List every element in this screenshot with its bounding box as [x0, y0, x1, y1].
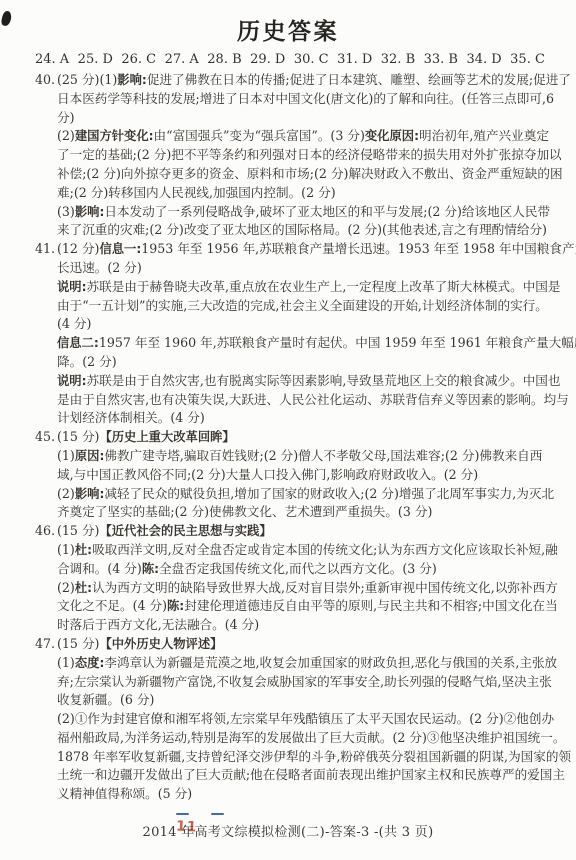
answer-text: 全盘否定我国传统文化,而代之以西方文化。(3 分) — [159, 561, 437, 576]
answer-text: (4 分) — [57, 316, 91, 331]
question-number: 46. — [35, 522, 55, 541]
answer-text: 弃;左宗棠认为新疆物产富饶,不收复会威胁国家的军事安全,助长列强的侵略气焰,坚决… — [57, 674, 552, 689]
answer-line: (2)影响:减轻了民众的赋役负担,增加了国家的财政收入;(2 分)增强了北周军事… — [35, 485, 550, 504]
answer-line: (2)①作为封建官僚和湘军将领,左宗棠早年残酷镇压了太平天国农民运动。(2 分)… — [35, 710, 550, 729]
answer-key-term: 【中外历史人物评述】 — [99, 637, 222, 651]
answer-line: (1)杜:吸取西洋文明,反对全盘否定或肯定本国的传统文化;认为东西方文化应该取长… — [35, 541, 550, 560]
choice-answer: 30. C — [294, 52, 329, 67]
answer-text: 封建伦理道德违反自由平等的原则,与民主共和不相容;中国文化在当 — [184, 598, 557, 613]
answer-text: 由于“一五计划”的实施,三大改造的完成,社会主义全面建设的开始,计划经济体制的实… — [57, 298, 548, 313]
answer-text: (2) — [57, 580, 75, 595]
answer-line: (1)态度:李鸿章认为新疆是荒漠之地,收复会加重国家的财政负担,恶化与俄国的关系… — [35, 654, 550, 673]
answer-text: 难;(2 分)转移国内人民视线,加强国内控制。(2 分) — [57, 185, 336, 200]
answer-line: (2)杜:认为西方文明的缺陷导致世界大战,反对盲目崇外;重新审视中国传统文化,以… — [35, 579, 550, 598]
answer-text: 苏联是由于自然灾害,也有脱离实际等因素影响,导致垦荒地区上交的粮食减少。中国也 — [87, 373, 561, 388]
answer-text: (3) — [57, 204, 75, 219]
answer-sheet-page: 历史答案 24. A25. D26. C27. A28. B29. D30. C… — [0, 0, 576, 860]
answer-text: 计划经济体制相关。(4 分) — [57, 410, 205, 425]
answer-key-term: 杜: — [75, 581, 92, 595]
answer-key-term: 【历史上重大改革回眸】 — [99, 430, 234, 444]
answer-text: 时落后于西方文化,无法融合。(4 分) — [57, 617, 259, 632]
answer-text: 吸取西洋文明,反对全盘否定或肯定本国的传统文化;认为东西方文化应该取长补短,融 — [92, 542, 558, 557]
answer-line: (1)原因:佛教广建寺塔,骗取百姓钱财;(2 分)僧人不孝敬父母,国法难容;(2… — [35, 447, 550, 466]
answer-text: (2) — [57, 486, 75, 501]
question-number: 47. — [35, 635, 55, 654]
answer-text: 齐奠定了坚实的基础;(2 分)使佛教文化、艺术遭到严重损失。(3 分) — [57, 504, 432, 519]
answer-text: 合调和。(4 分) — [57, 561, 142, 576]
answer-key-term: 说明: — [57, 374, 87, 388]
answer-line: 收复新疆。(6 分) — [35, 691, 550, 710]
answer-key-term: 建国方针变化: — [75, 129, 154, 143]
answer-text: 日本发动了一系列侵略战争,破坏了亚太地区的和平与发展;(2 分)给该地区人民带 — [104, 204, 550, 219]
answer-text: 苏联是由于赫鲁晓夫改革,重点放在农业生产上,一定程度上改革了斯大林模式。中国是 — [87, 279, 561, 294]
choice-answer: 24. A — [35, 52, 69, 67]
answer-key-term: 原因: — [75, 449, 105, 463]
answer-text: 补偿;(2 分)向外掠夺更多的资金、原料和市场;(2 分)解决财政入不敷出、资金… — [57, 166, 563, 181]
answer-text: (15 分) — [57, 429, 99, 444]
answer-line: 福州船政局,为洋务运动,特别是海军的发展做出了巨大贡献。(2 分)③他坚决维护祖… — [35, 729, 550, 748]
blue-pen-mark — [176, 813, 189, 815]
answer-text: (15 分) — [57, 636, 99, 651]
answer-line: 了一定的基础;(2 分)把不平等条约和列强对日本的经济侵略带来的损失用对外扩张掠… — [35, 146, 550, 165]
answer-line: 40.(25 分)(1)影响:促进了佛教在日本的传播;促进了日本建筑、雕塑、绘画… — [35, 71, 550, 90]
choice-answer: 34. D — [466, 52, 501, 67]
page-footer: 2014 年高考文综模拟检测(二)-答案-3 -(共 3 页) — [0, 821, 576, 840]
answer-key-term: 杜: — [75, 543, 92, 557]
answer-line: 齐奠定了坚实的基础;(2 分)使佛教文化、艺术遭到严重损失。(3 分) — [35, 503, 550, 522]
answer-text: 来了沉重的灾难;(2 分)改变了亚太地区的国际格局。(2 分)(其他表述,言之有… — [57, 222, 547, 237]
choice-answer: 28. B — [207, 52, 241, 67]
question-45: 45.(15 分)【历史上重大改革回眸】(1)原因:佛教广建寺塔,骗取百姓钱财;… — [35, 428, 550, 522]
answer-line: 域,与中国正教风俗不同;(2 分)大量人口投入佛门,影响政府财政收入。(2 分) — [35, 466, 550, 485]
answer-text: 域,与中国正教风俗不同;(2 分)大量人口投入佛门,影响政府财政收入。(2 分) — [57, 467, 478, 482]
answer-line: 合调和。(4 分)陈:全盘否定我国传统文化,而代之以西方文化。(3 分) — [35, 560, 550, 579]
answer-text: 土统一和边疆开发做出了巨大贡献;他在侵略者面前表现出维护国家主权和民族尊严的爱国… — [57, 767, 565, 782]
answer-line: 45.(15 分)【历史上重大改革回眸】 — [35, 428, 550, 447]
answer-text: 福州船政局,为洋务运动,特别是海军的发展做出了巨大贡献。(2 分)③他坚决维护祖… — [57, 730, 565, 745]
answers-area: 40.(25 分)(1)影响:促进了佛教在日本的传播;促进了日本建筑、雕塑、绘画… — [35, 71, 550, 804]
answer-text: 明治初年,殖产兴业奠定 — [419, 128, 549, 143]
choice-answer: 26. C — [121, 52, 156, 67]
answer-text: 了一定的基础;(2 分)把不平等条约和列强对日本的经济侵略带来的损失用对外扩张掠… — [57, 147, 562, 162]
answer-key-term: 态度: — [75, 656, 105, 670]
answer-line: (2)建国方针变化:由“富国强兵”变为“强兵富国”。(3 分)变化原因:明治初年… — [35, 127, 550, 146]
answer-line: 日本医药学等科技的发展;增进了日本对中国文化(唐文化)的了解和向往。(任答三点即… — [35, 90, 550, 109]
answer-text: 李鸿章认为新疆是荒漠之地,收复会加重国家的财政负担,恶化与俄国的关系,主张放 — [104, 655, 557, 670]
answer-key-term: 【近代社会的民主思想与实践】 — [99, 524, 271, 538]
answer-line: 补偿;(2 分)向外掠夺更多的资金、原料和市场;(2 分)解决财政入不敷出、资金… — [35, 165, 550, 184]
answer-text: 分) — [57, 110, 75, 125]
answer-line: 文化之不足。(4 分)陈:封建伦理道德违反自由平等的原则,与民主共和不相容;中国… — [35, 597, 550, 616]
question-40: 40.(25 分)(1)影响:促进了佛教在日本的传播;促进了日本建筑、雕塑、绘画… — [35, 71, 550, 240]
answer-text: 佛教广建寺塔,骗取百姓钱财;(2 分)僧人不孝敬父母,国法难容;(2 分)佛教来… — [104, 448, 542, 463]
answer-line: 长迅速。(2 分) — [35, 259, 550, 278]
answer-line: 降。(2 分) — [35, 353, 550, 372]
answer-line: 难;(2 分)转移国内人民视线,加强国内控制。(2 分) — [35, 184, 550, 203]
answer-text: 认为西方文明的缺陷导致世界大战,反对盲目崇外;重新审视中国传统文化,以弥补西方 — [92, 580, 558, 595]
answer-text: 日本医药学等科技的发展;增进了日本对中国文化(唐文化)的了解和向往。(任答三点即… — [57, 91, 554, 106]
answer-text: 促进了佛教在日本的传播;促进了日本建筑、雕塑、绘画等艺术的发展;促进了 — [147, 72, 571, 87]
answer-text: (12 分) — [57, 241, 99, 256]
answer-line: (4 分) — [35, 315, 550, 334]
answer-text: (15 分) — [57, 523, 99, 538]
blue-pen-mark — [211, 813, 224, 815]
answer-line: 47.(15 分)【中外历史人物评述】 — [35, 635, 550, 654]
answer-text: (2)①作为封建官僚和湘军将领,左宗棠早年残酷镇压了太平天国农民运动。(2 分)… — [57, 711, 554, 726]
answer-key-term: 信息二: — [57, 336, 99, 350]
answer-line: 土统一和边疆开发做出了巨大贡献;他在侵略者面前表现出维护国家主权和民族尊严的爱国… — [35, 766, 550, 785]
answer-line: 说明:苏联是由于自然灾害,也有脱离实际等因素影响,导致垦荒地区上交的粮食减少。中… — [35, 372, 550, 391]
answer-text: (1) — [57, 448, 75, 463]
answer-line: 计划经济体制相关。(4 分) — [35, 409, 550, 428]
answer-text: 1957 年至 1960 年,苏联粮食产量时有起伏。中国 1959 年至 196… — [99, 335, 576, 350]
choice-answer: 33. B — [424, 52, 458, 67]
answer-key-term: 陈: — [167, 599, 184, 613]
answer-key-term: 影响: — [117, 73, 147, 87]
answer-text: (2) — [57, 128, 75, 143]
answer-line: 弃;左宗棠认为新疆物产富饶,不收复会威胁国家的军事安全,助长列强的侵略气焰,坚决… — [35, 673, 550, 692]
question-number: 41. — [35, 240, 55, 259]
question-46: 46.(15 分)【近代社会的民主思想与实践】(1)杜:吸取西洋文明,反对全盘否… — [35, 522, 550, 635]
answer-line: 46.(15 分)【近代社会的民主思想与实践】 — [35, 522, 550, 541]
answer-key-term: 影响: — [75, 487, 105, 501]
answer-line: 说明:苏联是由于赫鲁晓夫改革,重点放在农业生产上,一定程度上改革了斯大林模式。中… — [35, 278, 550, 297]
answer-key-term: 变化原因: — [365, 129, 419, 143]
answer-line: 分) — [35, 109, 550, 128]
answer-line: 1878 年率军收复新疆,支持曾纪泽交涉伊犁的斗争,粉碎俄英分裂祖国新疆的阴谋,… — [35, 748, 550, 767]
answer-line: 义精神值得称颂。(5 分) — [35, 785, 550, 804]
question-47: 47.(15 分)【中外历史人物评述】(1)态度:李鸿章认为新疆是荒漠之地,收复… — [35, 635, 550, 804]
answer-text: 1878 年率军收复新疆,支持曾纪泽交涉伊犁的斗争,粉碎俄英分裂祖国新疆的阴谋,… — [57, 749, 571, 764]
page-title: 历史答案 — [0, 0, 576, 46]
answer-text: 降。(2 分) — [57, 354, 117, 369]
answer-line: 时落后于西方文化,无法融合。(4 分) — [35, 616, 550, 635]
answer-key-term: 信息一: — [99, 242, 141, 256]
answer-line: (3)影响:日本发动了一系列侵略战争,破坏了亚太地区的和平与发展;(2 分)给该… — [35, 203, 550, 222]
answer-text: 由“富国强兵”变为“强兵富国”。(3 分) — [154, 128, 365, 143]
answer-line: 是由于自然灾害,也有决策失误,大跃进、人民公社化运动、苏联背信弃义等因素的影响。… — [35, 391, 550, 410]
answer-text: 是由于自然灾害,也有决策失误,大跃进、人民公社化运动、苏联背信弃义等因素的影响。… — [57, 392, 569, 407]
choice-answer: 27. A — [165, 52, 199, 67]
answer-text: 长迅速。(2 分) — [57, 260, 142, 275]
answer-text: (1) — [57, 542, 75, 557]
choice-answer-row: 24. A25. D26. C27. A28. B29. D30. C31. D… — [35, 52, 545, 67]
answer-key-term: 影响: — [75, 205, 105, 219]
choice-answer: 25. D — [78, 52, 113, 67]
answer-line: 41.(12 分)信息一:1953 年至 1956 年,苏联粮食产量增长迅速。1… — [35, 240, 550, 259]
question-number: 40. — [35, 71, 55, 90]
answer-line: 信息二:1957 年至 1960 年,苏联粮食产量时有起伏。中国 1959 年至… — [35, 334, 550, 353]
answer-text: (25 分)(1) — [57, 72, 117, 87]
answer-text: 1953 年至 1956 年,苏联粮食产量增长迅速。1953 年至 1958 年… — [141, 241, 576, 256]
answer-text: 收复新疆。(6 分) — [57, 692, 154, 707]
answer-text: 义精神值得称颂。(5 分) — [57, 786, 192, 801]
answer-text: (1) — [57, 655, 75, 670]
answer-text: 减轻了民众的赋役负担,增加了国家的财政收入;(2 分)增强了北周军事实力,为灭北 — [104, 486, 554, 501]
question-41: 41.(12 分)信息一:1953 年至 1956 年,苏联粮食产量增长迅速。1… — [35, 240, 550, 428]
choice-answer: 31. D — [337, 52, 372, 67]
answer-text: 文化之不足。(4 分) — [57, 598, 167, 613]
choice-answer: 29. D — [250, 52, 285, 67]
answer-line: 来了沉重的灾难;(2 分)改变了亚太地区的国际格局。(2 分)(其他表述,言之有… — [35, 221, 550, 240]
choice-answer: 35. C — [510, 52, 545, 67]
answer-line: 由于“一五计划”的实施,三大改造的完成,社会主义全面建设的开始,计划经济体制的实… — [35, 297, 550, 316]
choice-answer: 32. B — [381, 52, 415, 67]
question-number: 45. — [35, 428, 55, 447]
answer-key-term: 说明: — [57, 280, 87, 294]
answer-key-term: 陈: — [142, 562, 159, 576]
